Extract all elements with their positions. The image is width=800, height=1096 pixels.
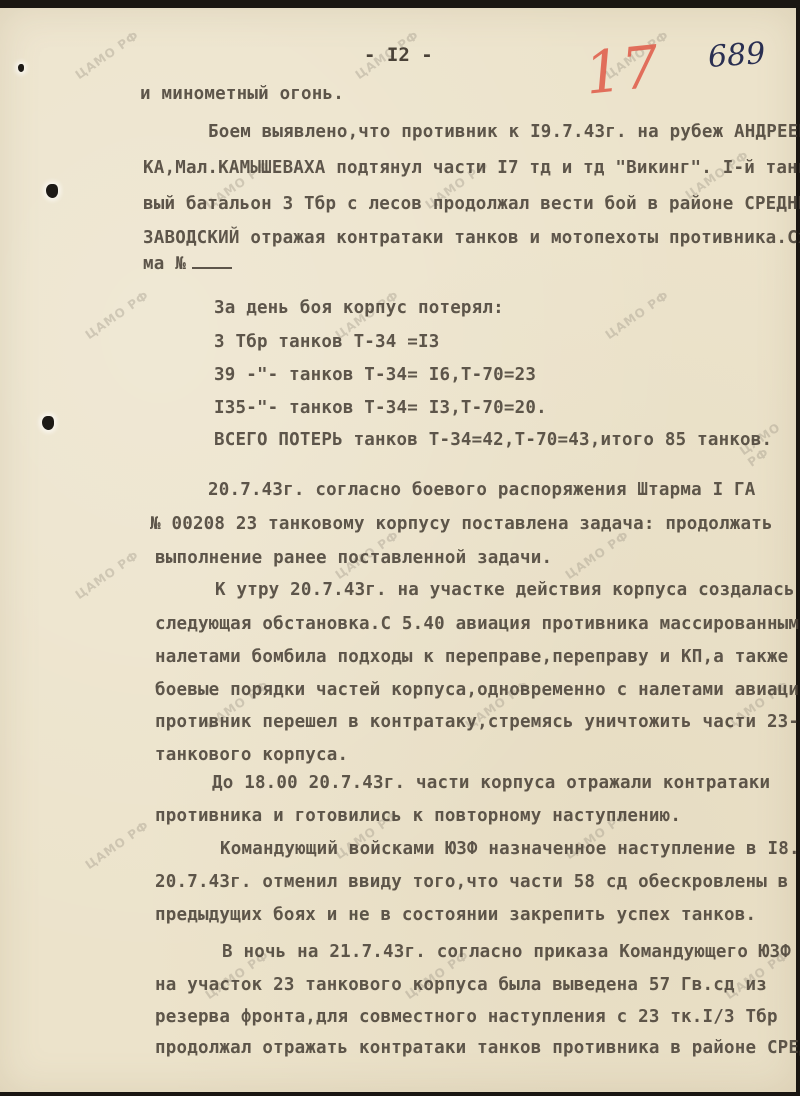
watermark: ЦАМО РФ	[73, 548, 142, 602]
binding-hole	[42, 416, 54, 430]
page-number: - I2 -	[364, 44, 433, 66]
binding-hole	[46, 184, 58, 198]
losses-row: 39 -"- танков Т-34= I6,Т-70=23	[214, 365, 536, 385]
text-line: 20.7.43г. согласно боевого распоряжения …	[208, 480, 756, 500]
text-line: следующая обстановка.С 5.40 авиация прот…	[155, 614, 800, 634]
losses-heading: За день боя корпус потерял:	[214, 298, 504, 318]
blank-field	[192, 267, 232, 269]
text-line: продолжал отражать контратаки танков про…	[155, 1038, 800, 1058]
text-line: № 00208 23 танковому корпусу поставлена …	[150, 514, 773, 534]
text-line: резерва фронта,для совместного наступлен…	[155, 1007, 778, 1027]
text-line: Боем выявлено,что противник к I9.7.43г. …	[208, 122, 800, 142]
text-line: КА,Мал.КАМЫШЕВАХА подтянул части I7 тд и…	[143, 158, 800, 178]
document-page: ЦАМО РФ ЦАМО РФ ЦАМО РФ ЦАМО РФ ЦАМО РФ …	[0, 8, 796, 1092]
losses-row: 3 Тбр танков Т-34 =I3	[214, 332, 439, 352]
watermark: ЦАМО РФ	[563, 528, 632, 582]
text-line: Командующий войсками ЮЗФ назначенное нас…	[220, 839, 800, 859]
watermark: ЦАМО РФ	[83, 288, 152, 342]
text-line: выполнение ранее поставленной задачи.	[155, 548, 552, 568]
text-line: на участок 23 танкового корпуса была выв…	[155, 975, 767, 995]
text-line: налетами бомбила подходы к переправе,пер…	[155, 647, 788, 667]
watermark: ЦАМО РФ	[603, 288, 672, 342]
text-line: В ночь на 21.7.43г. согласно приказа Ком…	[222, 942, 791, 962]
text-line: боевые порядки частей корпуса,одновремен…	[155, 680, 800, 700]
text-line: вый батальон 3 Тбр с лесов продолжал вес…	[143, 194, 800, 214]
text-line: противника и готовились к повторному нас…	[155, 806, 681, 826]
text-line: К утру 20.7.43г. на участке действия кор…	[215, 580, 795, 600]
archive-folio-number: 689	[707, 36, 767, 75]
schema-ref: ма №	[143, 254, 232, 274]
watermark: ЦАМО РФ	[83, 818, 152, 872]
text-line: и минометный огонь.	[140, 84, 344, 104]
losses-row: I35-"- танков Т-34= I3,Т-70=20.	[214, 398, 547, 418]
text-line: ма №	[143, 254, 186, 274]
watermark: ЦАМО РФ	[73, 28, 142, 82]
text-line: До 18.00 20.7.43г. части корпуса отражал…	[212, 773, 770, 793]
losses-total: ВСЕГО ПОТЕРЬ танков Т-34=42,Т-70=43,итог…	[214, 430, 772, 450]
red-pencil-annotation: 17	[582, 32, 663, 107]
text-line: 20.7.43г. отменил ввиду того,что части 5…	[155, 872, 788, 892]
text-line: танкового корпуса.	[155, 745, 348, 765]
binding-hole	[18, 64, 24, 72]
text-line: предыдущих боях и не в состоянии закрепи…	[155, 905, 756, 925]
text-line: противник перешел в контратаку,стремясь …	[155, 712, 800, 732]
text-line: ЗАВОДСКИЙ отражая контратаки танков и мо…	[143, 228, 800, 248]
